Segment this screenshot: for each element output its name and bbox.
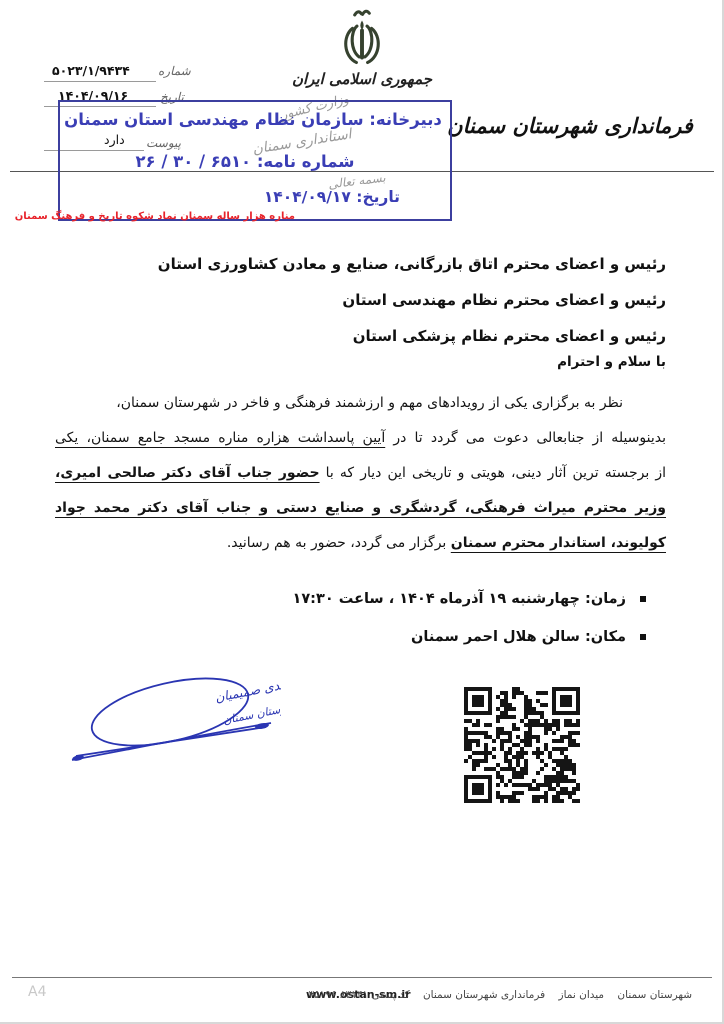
signature-block: مهدی صمیمیان فرماندار شهرستان سمنان <box>66 670 281 770</box>
ref-number-rule <box>44 81 156 82</box>
stamp-date: تاریخ: ۱۴۰۴/۰۹/۱۷ <box>264 188 400 206</box>
emphasized-phrase: کولیوند، استاندار محترم سمنان <box>451 535 666 551</box>
iran-emblem-icon <box>334 8 390 70</box>
event-time-item: زمان: چهارشنبه ۱۹ آذرماه ۱۴۰۴ ، ساعت ۱۷:… <box>292 580 646 618</box>
page-size-label: A4 <box>28 984 46 1000</box>
postal-code: ۳۵۱۹۶ ۸۳۱۴۱ <box>308 989 368 1001</box>
emphasized-phrase: وزیر محترم میراث فرهنگی، گردشگری و صنایع… <box>55 500 666 516</box>
event-location-item: مکان: سالن هلال احمر سمنان <box>292 618 646 656</box>
body-segment: برگزار می گردد، حضور به هم رسانید. <box>227 535 451 551</box>
body-paragraph: نظر به برگزاری یکی از رویدادهای مهم و ار… <box>55 386 666 561</box>
recipients-list: رئیس و اعضای محترم اتاق بازرگانی، صنایع … <box>55 246 666 354</box>
ref-number-label: شماره <box>158 64 191 78</box>
event-details-list: زمان: چهارشنبه ۱۹ آذرماه ۱۴۰۴ ، ساعت ۱۷:… <box>292 580 646 656</box>
registration-stamp: دبیرخانه: سازمان نظام مهندسی استان سمنان… <box>58 100 452 221</box>
ref-number-value: ۵۰۲۳/۱/۹۴۳۴ <box>52 63 130 78</box>
stamp-secretariat-line: دبیرخانه: سازمان نظام مهندسی استان سمنان <box>60 110 446 129</box>
emblem-caption: جمهوری اسلامی ایران <box>252 70 472 88</box>
bullet-square-icon <box>640 634 646 640</box>
body-line-1: نظر به برگزاری یکی از رویدادهای مهم و ار… <box>55 386 666 421</box>
body-segment: بدینوسیله از جنابعالی دعوت می گردد تا در <box>385 430 666 446</box>
event-location-text: مکان: سالن هلال احمر سمنان <box>411 629 626 645</box>
letterhead-title: فرمانداری شهرستان سمنان <box>440 114 700 138</box>
salutation: با سلام و احترام <box>557 354 666 370</box>
address-text: شهرستان سمنان میدان نماز فرمانداری شهرست… <box>368 989 692 1001</box>
body-opening: نظر به برگزاری یکی از رویدادهای مهم و ار… <box>116 395 623 411</box>
recipient-line: رئیس و اعضای محترم نظام مهندسی استان <box>55 282 666 318</box>
recipient-line: رئیس و اعضای محترم نظام پزشکی استان <box>55 318 666 354</box>
body-line-2: بدینوسیله از جنابعالی دعوت می گردد تا در… <box>55 421 666 456</box>
slogan-line: مناره هزار ساله سمنان نماد شکوه تاریخ و … <box>55 211 295 222</box>
stamp-letter-number: شماره نامه: ۶۵۱۰ / ۳۰ / ۲۶ <box>120 152 370 171</box>
event-time-text: زمان: چهارشنبه ۱۹ آذرماه ۱۴۰۴ ، ساعت ۱۷:… <box>292 591 626 607</box>
scanned-letter-page: جمهوری اسلامی ایران فرمانداری شهرستان سم… <box>0 0 724 1024</box>
recipient-line: رئیس و اعضای محترم اتاق بازرگانی، صنایع … <box>55 246 666 282</box>
body-line-3: از برجسته ترین آثار دینی، هویتی و تاریخی… <box>55 456 666 491</box>
footer-divider <box>12 977 712 978</box>
bullet-square-icon <box>640 596 646 602</box>
underlined-phrase: آیین پاسداشت هزاره مناره مسجد جامع سمنان… <box>55 430 385 446</box>
body-segment: از برجسته ترین آثار دینی، هویتی و تاریخی… <box>320 465 666 481</box>
body-line-4: وزیر محترم میراث فرهنگی، گردشگری و صنایع… <box>55 491 666 526</box>
qr-code <box>464 687 580 803</box>
body-line-5: کولیوند، استاندار محترم سمنان برگزار می … <box>55 526 666 561</box>
emphasized-phrase: حضور جناب آقای دکتر صالحی امیری، <box>55 465 320 481</box>
footer-address: شهرستان سمنان میدان نماز فرمانداری شهرست… <box>308 989 692 1001</box>
